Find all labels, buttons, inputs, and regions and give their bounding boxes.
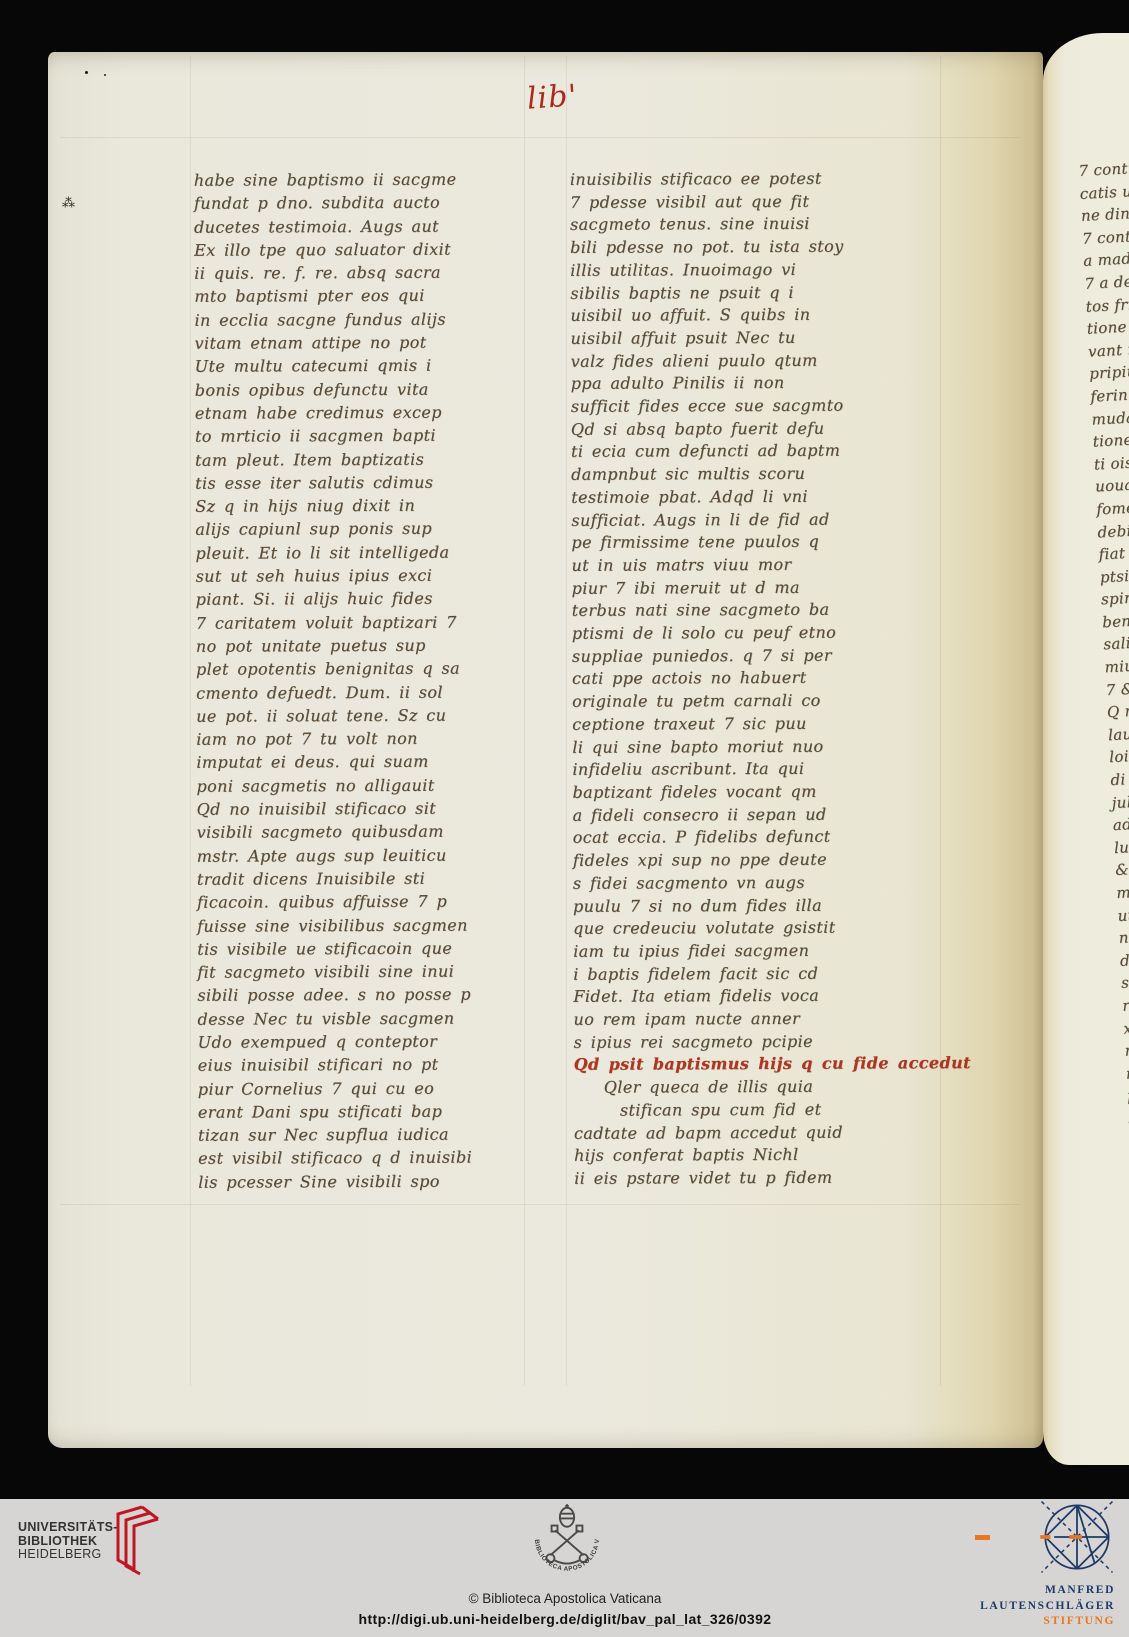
manuscript-text-line: eius inuisibil stificari no pt xyxy=(198,1053,528,1078)
manuscript-text-line: miudg a xyxy=(1104,653,1129,679)
manuscript-text-line: loi appli xyxy=(1109,743,1129,769)
manuscript-text-line: cadtate ad bapm accedut quid xyxy=(574,1121,946,1145)
manuscript-text-line: ceptione traxeut 7 sic puu xyxy=(572,712,944,736)
manuscript-text-line: Ute multu catecumi qmis i xyxy=(195,354,525,379)
manuscript-text-line: suppliae puniedos. q 7 si per xyxy=(572,644,944,668)
manuscript-text-line: Ex illo tpe quo saluator dixit xyxy=(194,237,524,262)
manuscript-text-line: Qler queca de illis quia xyxy=(574,1075,946,1099)
manuscript-text-line: 7 conto xyxy=(1082,225,1129,251)
manuscript-text-line: ii quis. re. f. re. absq sacra xyxy=(194,260,524,285)
manuscript-text-line: fomes c xyxy=(1096,495,1129,521)
manuscript-text-line: tione tp xyxy=(1086,315,1129,341)
vatican-emblem: BIBLIOTECA APOSTOLICA VATICANA xyxy=(505,1503,629,1579)
manuscript-text-line: fundat p dno. subdita aucto xyxy=(194,191,524,216)
manuscript-text-line: ppa adulto Pinilis ii non xyxy=(571,372,943,396)
manuscript-text-line: iam no pot 7 tu volt non xyxy=(196,726,526,751)
manuscript-text-line: tam pleut. Item baptizatis xyxy=(195,447,525,472)
manuscript-text-line: sacgmeto tenus. sine inuisi xyxy=(570,213,942,237)
manuscript-text-line: de erbo xyxy=(1119,947,1129,973)
manuscript-text-line: benta ue xyxy=(1102,608,1129,634)
manuscript-text-line: tos fri xyxy=(1085,292,1129,318)
manuscript-text-line: mtist xyxy=(1125,1059,1129,1085)
manuscript-text-line: tis visibile ue stificacoin que xyxy=(197,936,527,961)
rubric-line: Qd psit baptismus hijs q cu fide accedut xyxy=(574,1053,946,1077)
footer-bar: UNIVERSITÄTS- BIBLIOTHEK HEIDELBERG xyxy=(0,1499,1129,1637)
manuscript-text-line: iam tu ipius fidei sacgmen xyxy=(573,939,945,963)
manuscript-text-line: etnam habe credimus excep xyxy=(195,400,525,425)
manuscript-text-line: 7 contra xyxy=(1078,157,1129,183)
ink-speck xyxy=(85,71,88,74)
right-text-column: inuisibilis stificaco ee potest7 pdesse … xyxy=(570,167,946,1190)
right-column-lower-lines: Qler queca de illis quiastifican spu cum… xyxy=(574,1075,946,1190)
manuscript-text-line: visibili sacgmeto quibusdam xyxy=(197,820,527,845)
manuscript-text-line: tione a xyxy=(1092,428,1129,454)
manuscript-text-line: piur 7 ibi meruit ut d ma xyxy=(572,576,944,600)
manuscript-text-line: lis pcesser Sine visibili spo xyxy=(198,1169,528,1194)
manuscript-text-line: xphecs xyxy=(1123,1014,1129,1040)
left-text-column: habe sine baptismo ii sacgmefundat p dno… xyxy=(194,167,528,1193)
manuscript-text-line: debilorat xyxy=(1097,518,1129,544)
manuscript-text-line: Qd no inuisibil stificaco sit xyxy=(197,796,527,821)
manuscript-text-line: ue pot. ii soluat tene. Sz cu xyxy=(196,703,526,728)
mls-orange-dash xyxy=(975,1535,990,1540)
manuscript-text-line: spiri alic xyxy=(1100,586,1129,612)
manuscript-text-line: s ipius rei sacgmeto pcipie xyxy=(574,1030,946,1054)
manuscript-text-line: est visibil stificaco q d inuisibi xyxy=(198,1146,528,1171)
ub-wordmark-line2: BIBLIOTHEK xyxy=(18,1535,118,1549)
digitized-manuscript-scan: lib' ⁂ habe sine baptismo ii sacgmefunda… xyxy=(0,0,1129,1637)
manuscript-text-line: originale tu petm carnali co xyxy=(572,689,944,713)
manuscript-text-line: ii eis pstare videt tu p fidem xyxy=(574,1166,946,1190)
manuscript-text-line: ri ued a xyxy=(1122,992,1129,1018)
manuscript-text-line: fiat qui xyxy=(1098,540,1129,566)
ub-heidelberg-wordmark: UNIVERSITÄTS- BIBLIOTHEK HEIDELBERG xyxy=(18,1521,118,1562)
manuscript-text-line: uisibil affuit psuit Nec tu xyxy=(570,326,942,350)
manuscript-text-line: pe firmissime tene puulos q xyxy=(571,530,943,554)
manuscript-text-line: a fideli consecro ii sepan ud xyxy=(573,803,945,827)
manuscript-text-line: vant n xyxy=(1087,337,1129,363)
manuscript-text-line: piant. Si. ii alijs huic fides xyxy=(196,587,526,612)
manuscript-text-line: ti oisz xyxy=(1093,450,1129,476)
manuscript-text-line: pripiud xyxy=(1089,360,1129,386)
vatican-copyright: © Biblioteca Apostolica Vaticana xyxy=(400,1591,730,1606)
manuscript-text-line: Fidet. Ita etiam fidelis voca xyxy=(573,984,945,1008)
right-column-upper-lines: inuisibilis stificaco ee potest7 pdesse … xyxy=(570,167,946,1054)
manuscript-text-line: salips ue xyxy=(1103,631,1129,657)
manuscript-text-line: mto baptismi pter eos qui xyxy=(194,284,524,309)
manuscript-text-line: ut plan xyxy=(1117,901,1129,927)
manuscript-text-line: tizan sur Nec supflua iudica xyxy=(198,1122,528,1147)
manuscript-text-line: hijs conferat baptis Nichl xyxy=(574,1143,946,1167)
manuscript-text-line: Q no d xyxy=(1106,698,1129,724)
manuscript-text-line: s fidei sacgmento vn augs xyxy=(573,871,945,895)
manuscript-text-line: dampnbut sic multis scoru xyxy=(571,462,943,486)
manuscript-text-line: li qui sine bapto moriut nuo xyxy=(572,735,944,759)
ruling-line xyxy=(566,56,567,1386)
manuscript-text-line: ficacoin. quibus affuisse 7 p xyxy=(197,889,527,914)
manuscript-text-line: erant Dani spu stificati bap xyxy=(198,1099,528,1124)
manuscript-text-line: habe sine baptismo ii sacgme xyxy=(194,167,524,192)
ub-wordmark-line1: UNIVERSITÄTS- xyxy=(18,1521,118,1535)
manuscript-text-line: bili pdesse no pot. tu ista stoy xyxy=(570,235,942,259)
ink-speck xyxy=(104,74,106,76)
manuscript-text-line: fuisse sine visibilibus sacgmen xyxy=(197,913,527,938)
image-source-url: http://digi.ub.uni-heidelberg.de/diglit/… xyxy=(250,1611,880,1627)
manuscript-text-line: plet opotentis benignitas q sa xyxy=(196,657,526,682)
manuscript-text-line: fideles xpi sup no ppe deute xyxy=(573,848,945,872)
mls-wordmark: MANFRED LAUTENSCHLÄGER STIFTUNG xyxy=(980,1583,1115,1630)
manuscript-text-line: uoua h xyxy=(1095,473,1129,499)
manuscript-text-line: uo rem ipam nucte anner xyxy=(573,1007,945,1031)
manuscript-text-line: puulu 7 si no dum fides illa xyxy=(573,894,945,918)
manuscript-text-line: a mad xyxy=(1083,247,1129,273)
manuscript-text-line: sibili posse adee. s no posse p xyxy=(197,983,527,1008)
manuscript-text-line: 7 & Inti xyxy=(1105,676,1129,702)
mls-compass-logo xyxy=(1038,1499,1116,1575)
manuscript-text-line: i baptis fidelem facit sic cd xyxy=(573,962,945,986)
manuscript-text-line: cati ppe actois no habuert xyxy=(572,667,944,691)
manuscript-text-line: baptizant fideles vocant qm xyxy=(572,780,944,804)
manuscript-text-line: lui apl xyxy=(1113,834,1129,860)
manuscript-text-line: imputat ei deus. qui suam xyxy=(196,750,526,775)
manuscript-text-line: ut in uis matrs viuu mor xyxy=(571,553,943,577)
manuscript-text-line: illis utilitas. Inuoimago vi xyxy=(570,258,942,282)
manuscript-text-line: fit sacgmeto visibili sine inui xyxy=(197,959,527,984)
manuscript-text-line: testimoie pbat. Adqd li vni xyxy=(571,485,943,509)
manuscript-text-line: sufficiat. Augs in li de fid ad xyxy=(571,508,943,532)
ub-wordmark-line3: HEIDELBERG xyxy=(18,1548,118,1562)
manuscript-text-line: Udo exempued q conteptor xyxy=(198,1029,528,1054)
manuscript-text-line: uisibil uo affuit. S quibs in xyxy=(570,303,942,327)
manuscript-text-line: sibilis baptis ne psuit q i xyxy=(570,281,942,305)
manuscript-text-line: que credeuciu volutate gsistit xyxy=(573,916,945,940)
manuscript-text-line: desse Nec tu visble sacgmen xyxy=(197,1006,527,1031)
manuscript-text-line: ocat eccia. P fidelibs defunct xyxy=(573,826,945,850)
manuscript-text-line: sufficit fides ecce sue sacgmto xyxy=(571,394,943,418)
manuscript-text-line: strapie xyxy=(1121,969,1129,995)
ruling-line xyxy=(60,137,1020,138)
manuscript-text-line: ne din xyxy=(1080,202,1129,228)
manuscript-text-line: valz fides alieni puulo qtum xyxy=(571,349,943,373)
manuscript-text-line: mstr. Apte augs sup leuiticu xyxy=(197,843,527,868)
manuscript-text-line: infideliu ascribunt. Ita qui xyxy=(572,757,944,781)
mls-wordmark-line2: LAUTENSCHLÄGER xyxy=(980,1599,1115,1615)
margin-mark: ⁂ xyxy=(62,196,75,211)
manuscript-text-line: no pot unitate puetus sup xyxy=(196,633,526,658)
manuscript-text-line: sut ut seh huius ipius exci xyxy=(195,563,525,588)
manuscript-text-line: to mrticio ii sacgmen bapti xyxy=(195,424,525,449)
manuscript-text-line: 7 pdesse visibil aut que fit xyxy=(570,190,942,214)
mls-wordmark-line3: STIFTUNG xyxy=(980,1614,1115,1630)
manuscript-text-line: ducetes testimoia. Augs aut xyxy=(194,214,524,239)
manuscript-text-line: piur Cornelius 7 qui cu eo xyxy=(198,1076,528,1101)
ruling-line xyxy=(60,1204,1020,1205)
manuscript-text-line: mudau xyxy=(1091,405,1129,431)
manuscript-text-line: tis esse iter salutis cdimus xyxy=(195,470,525,495)
ruling-line xyxy=(190,56,191,1386)
manuscript-text-line: in ecclia sacgne fundus alijs xyxy=(194,307,524,332)
manuscript-text-line: terbus nati sine sacgmeto ba xyxy=(572,599,944,623)
mls-wordmark-line1: MANFRED xyxy=(980,1583,1115,1599)
manuscript-text-line: juhama xyxy=(1111,789,1129,815)
manuscript-text-line: 7 caritatem voluit baptizari 7 xyxy=(196,610,526,635)
ub-heidelberg-books-icon xyxy=(106,1502,164,1580)
manuscript-text-line: inuisibilis stificaco ee potest xyxy=(570,167,942,191)
manuscript-text-line: bonis opibus defunctu vita xyxy=(195,377,525,402)
manuscript-text-line: lauone a xyxy=(1108,721,1129,747)
manuscript-text-line: poni sacgmetis no alligauit xyxy=(196,773,526,798)
manuscript-text-line: Qd si absq bapto fuerit defu xyxy=(571,417,943,441)
manuscript-text-line: stifican spu cum fid et xyxy=(574,1098,946,1122)
quire-heading-mark: lib' xyxy=(526,78,579,116)
manuscript-text-line: 7 a debit xyxy=(1084,270,1129,296)
manuscript-text-line: vitam etnam attipe no pot xyxy=(194,330,524,355)
manuscript-text-line: ptismi de li solo cu peuf etno xyxy=(572,621,944,645)
manuscript-text-line: catis u xyxy=(1079,179,1129,205)
manuscript-text-line: ti ecia cum defuncti ad baptm xyxy=(571,440,943,464)
manuscript-text-line: pleuit. Et io li sit intelligeda xyxy=(195,540,525,565)
manuscript-text-line: di 7 not xyxy=(1110,766,1129,792)
manuscript-text-line: ptsim d xyxy=(1099,563,1129,589)
manuscript-text-line: tradit dicens Inuisibile sti xyxy=(197,866,527,891)
manuscript-text-line: & i uoc xyxy=(1115,856,1129,882)
manuscript-text-line: ad apl xyxy=(1112,811,1129,837)
manuscript-text-line: cmento defuedt. Dum. ii sol xyxy=(196,680,526,705)
manuscript-text-line: mbips u xyxy=(1116,879,1129,905)
manuscript-text-line: ferin p xyxy=(1090,382,1129,408)
manuscript-text-line: ne. f 7 xyxy=(1124,1037,1129,1063)
manuscript-text-line: Sz q in hijs niug dixit in xyxy=(195,493,525,518)
manuscript-text-line: alijs capiunl sup ponis sup xyxy=(195,517,525,542)
manuscript-text-line: na tras xyxy=(1118,924,1129,950)
